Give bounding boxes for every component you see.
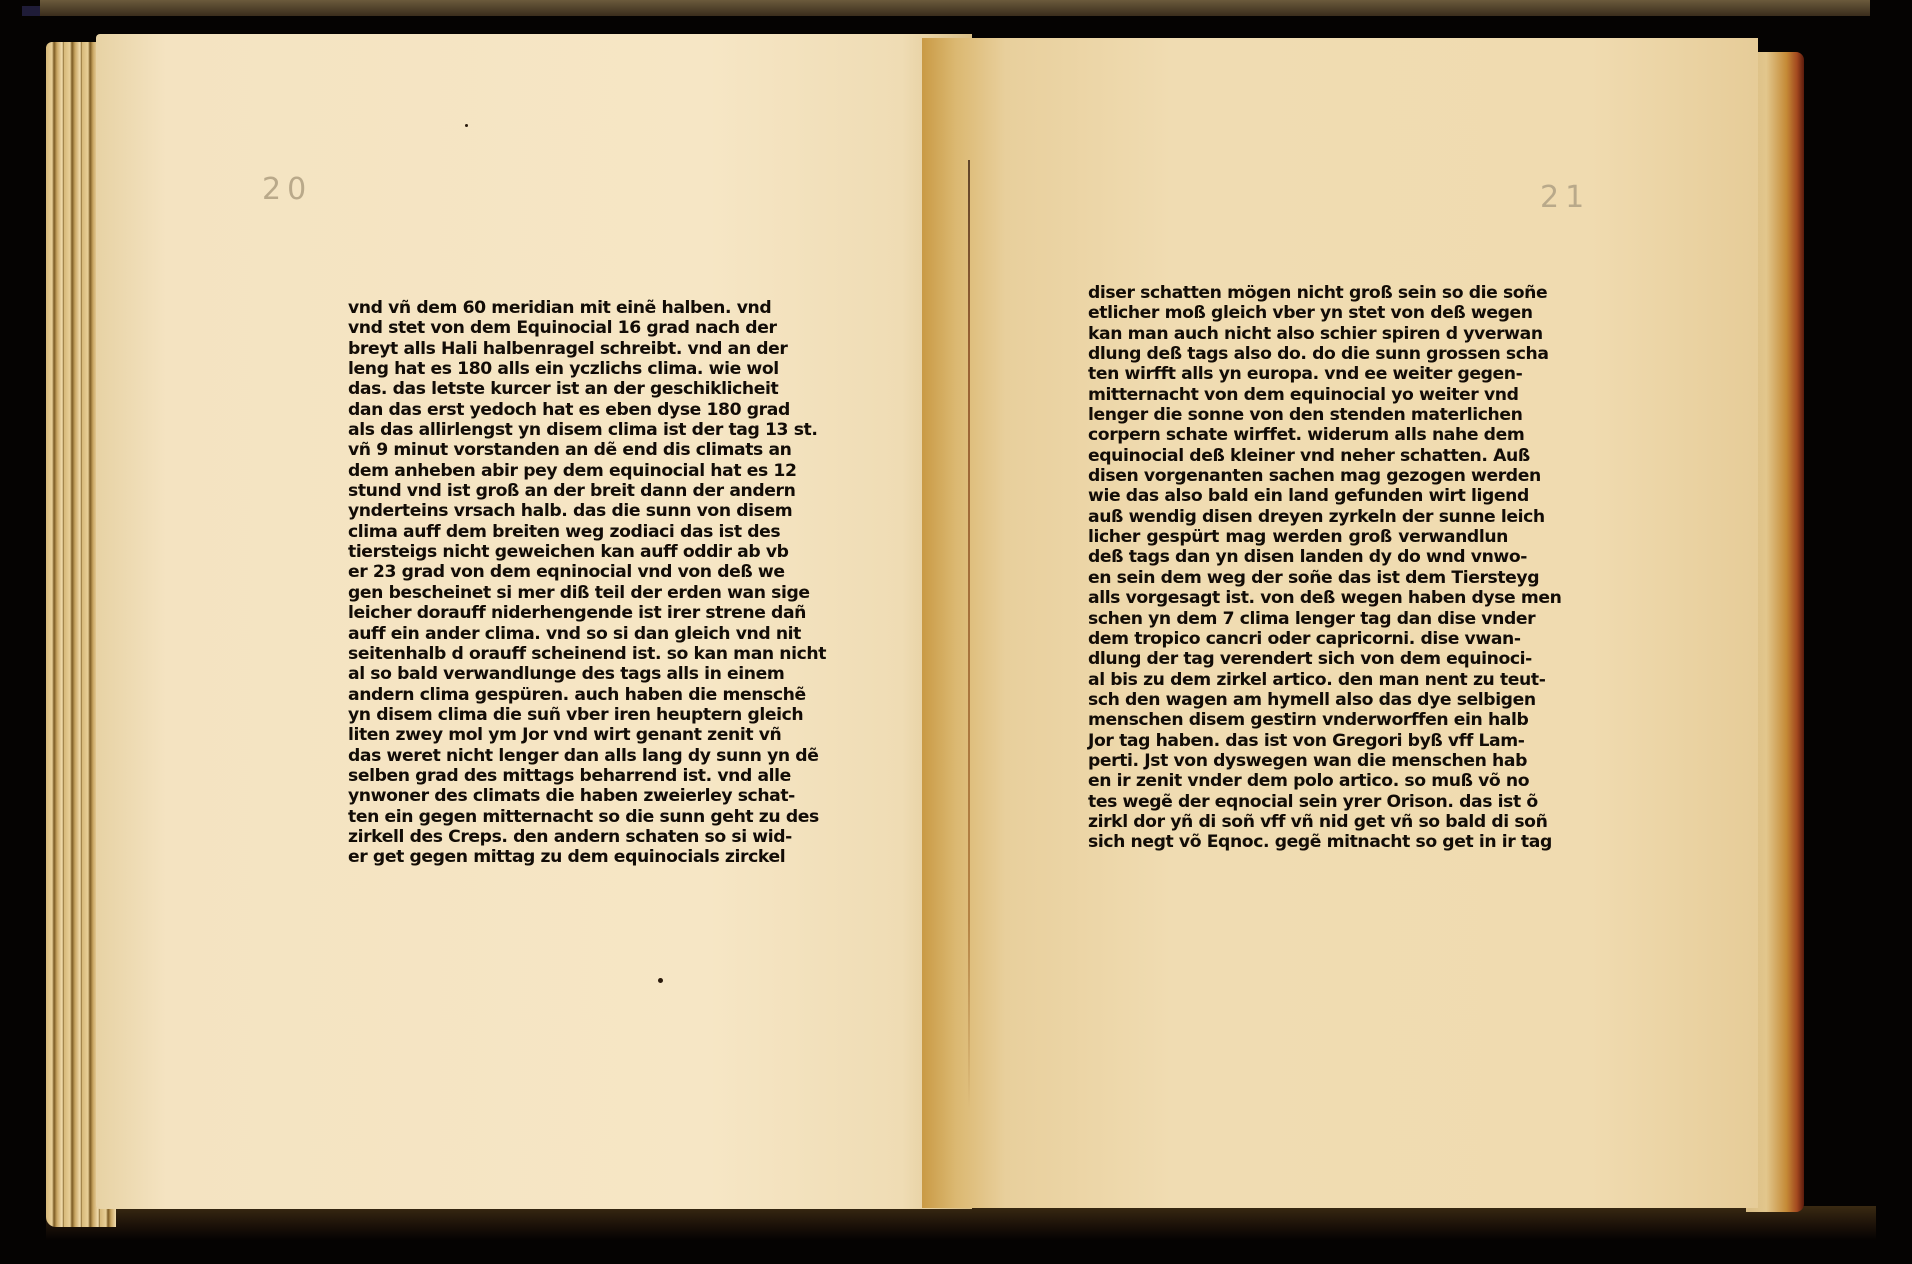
left-page-text: vnd vñ dem 60 meridian mit einẽ halben. … (348, 298, 768, 868)
text-line: selben grad des mittags beharrend ist. v… (348, 766, 768, 786)
book-gutter (968, 160, 970, 1110)
text-line: sich negt võ Eqnoc. gegẽ mitnacht so get… (1088, 832, 1508, 852)
text-line: ten wirfft alls yn europa. vnd ee weiter… (1088, 364, 1508, 384)
text-line: disen vorgenanten sachen mag gezogen wer… (1088, 466, 1508, 486)
text-line: zirkell des Creps. den andern schaten so… (348, 827, 768, 847)
text-line: auß wendig disen dreyen zyrkeln der sunn… (1088, 507, 1508, 527)
text-line: dlung deß tags also do. do die sunn gros… (1088, 344, 1508, 364)
text-line: breyt alls Hali halbenragel schreibt. vn… (348, 339, 768, 359)
text-line: lenger die sonne von den stenden materli… (1088, 405, 1508, 425)
text-line: clima auff dem breiten weg zodiaci das i… (348, 522, 768, 542)
scan-color-target (22, 6, 40, 16)
text-line: das. das letste kurcer ist an der geschi… (348, 379, 768, 399)
ink-speck (658, 978, 663, 983)
ink-speck (465, 124, 468, 127)
text-line: en ir zenit vnder dem polo artico. so mu… (1088, 771, 1508, 791)
text-line: das weret nicht lenger dan alls lang dy … (348, 746, 768, 766)
text-line: wie das also bald ein land gefunden wirt… (1088, 486, 1508, 506)
text-line: zirkl dor yñ di soñ vff vñ nid get vñ so… (1088, 812, 1508, 832)
text-line: als das allirlengst yn disem clima ist d… (348, 420, 768, 440)
text-line: en sein dem weg der soñe das ist dem Tie… (1088, 568, 1508, 588)
text-line: er get gegen mittag zu dem equinocials z… (348, 847, 768, 867)
scan-background-strip (40, 0, 1870, 16)
text-line: licher gespürt mag werden groß verwandlu… (1088, 527, 1508, 547)
text-line: tiersteigs nicht geweichen kan auff oddi… (348, 542, 768, 562)
text-line: yn disem clima die suñ vber iren heupter… (348, 705, 768, 725)
folio-number-right: 21 (1540, 180, 1590, 215)
right-page-text: diser schatten mögen nicht groß sein so … (1088, 283, 1508, 853)
text-line: equinocial deß kleiner vnd neher schatte… (1088, 446, 1508, 466)
text-line: dem anheben abir pey dem equinocial hat … (348, 461, 768, 481)
book-shadow (46, 1206, 1876, 1240)
text-line: al bis zu dem zirkel artico. den man nen… (1088, 670, 1508, 690)
text-line: auff ein ander clima. vnd so si dan glei… (348, 624, 768, 644)
text-line: ten ein gegen mitternacht so die sunn ge… (348, 807, 768, 827)
text-line: perti. Jst von dyswegen wan die menschen… (1088, 751, 1508, 771)
text-line: ynderteins vrsach halb. das die sunn von… (348, 501, 768, 521)
text-line: vnd stet von dem Equinocial 16 grad nach… (348, 318, 768, 338)
text-line: gen bescheinet si mer diß teil der erden… (348, 583, 768, 603)
text-line: schen yn dem 7 clima lenger tag dan dise… (1088, 609, 1508, 629)
text-line: seitenhalb d orauff scheinend ist. so ka… (348, 644, 768, 664)
text-line: er 23 grad von dem eqninocial vnd von de… (348, 562, 768, 582)
text-line: mitternacht von dem equinocial yo weiter… (1088, 385, 1508, 405)
text-line: kan man auch nicht also schier spiren d … (1088, 324, 1508, 344)
text-line: Jor tag haben. das ist von Gregori byß v… (1088, 731, 1508, 751)
folio-number-left: 20 (262, 172, 312, 207)
text-line: liten zwey mol ym Jor vnd wirt genant ze… (348, 725, 768, 745)
text-line: deß tags dan yn disen landen dy do wnd v… (1088, 547, 1508, 567)
text-line: vnd vñ dem 60 meridian mit einẽ halben. … (348, 298, 768, 318)
text-line: vñ 9 minut vorstanden an dẽ end dis clim… (348, 440, 768, 460)
text-line: stund vnd ist groß an der breit dann der… (348, 481, 768, 501)
text-line: al so bald verwandlunge des tags alls in… (348, 664, 768, 684)
text-line: dlung der tag verendert sich von dem equ… (1088, 649, 1508, 669)
text-line: andern clima gespüren. auch haben die me… (348, 685, 768, 705)
text-line: menschen disem gestirn vnderworffen ein … (1088, 710, 1508, 730)
text-line: leicher dorauff niderhengende ist irer s… (348, 603, 768, 623)
text-line: sch den wagen am hymell also das dye sel… (1088, 690, 1508, 710)
text-line: ynwoner des climats die haben zweierley … (348, 786, 768, 806)
text-line: alls vorgesagt ist. von deß wegen haben … (1088, 588, 1508, 608)
text-line: dem tropico cancri oder capricorni. dise… (1088, 629, 1508, 649)
text-line: diser schatten mögen nicht groß sein so … (1088, 283, 1508, 303)
text-line: leng hat es 180 alls ein yczlichs clima.… (348, 359, 768, 379)
text-line: dan das erst yedoch hat es eben dyse 180… (348, 400, 768, 420)
text-line: tes wegẽ der eqnocial sein yrer Orison. … (1088, 792, 1508, 812)
text-line: etlicher moß gleich vber yn stet von deß… (1088, 303, 1508, 323)
text-line: corpern schate wirffet. widerum alls nah… (1088, 425, 1508, 445)
